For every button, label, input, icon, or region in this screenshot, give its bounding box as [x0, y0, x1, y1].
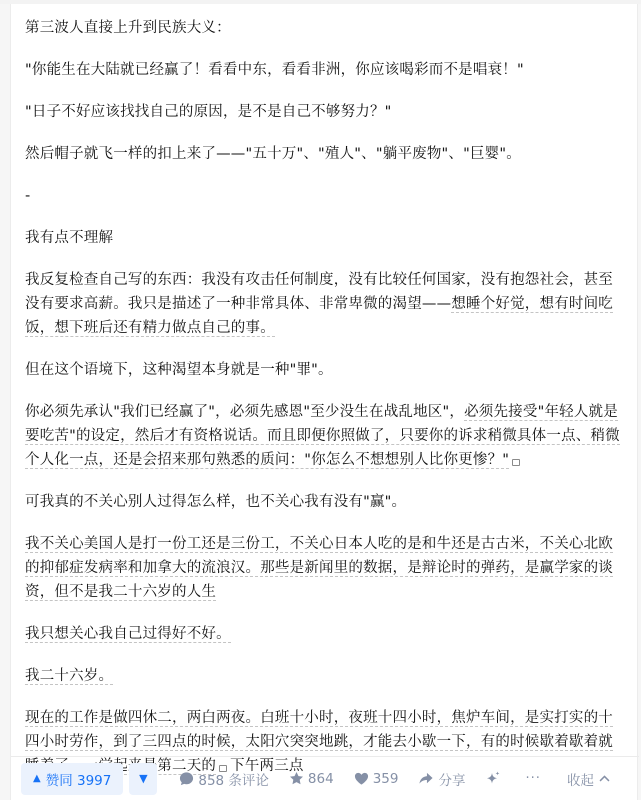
paragraph: 我二十六岁。 — [25, 664, 627, 688]
paragraph-text: 你必须先承认"我们已经赢了"，必须先感恩"至少没生在战乱地区"， — [25, 404, 464, 420]
downvote-button[interactable]: ▼ — [129, 763, 157, 795]
more-dots-icon: ··· — [525, 771, 540, 786]
share-arrow-icon — [418, 771, 434, 786]
likes-count: 359 — [373, 771, 399, 787]
favorites-count: 864 — [308, 771, 334, 787]
heart-icon — [354, 771, 369, 786]
comment-bubble-icon — [179, 771, 194, 786]
paragraph: 我有点不理解 — [25, 226, 627, 250]
paragraph: 第三波人直接上升到民族大义： — [25, 16, 627, 40]
paragraph: "你能生在大陆就已经赢了！看看中东，看看非洲，你应该喝彩而不是唱衰！" — [25, 58, 627, 82]
sparkle-icon — [485, 771, 501, 787]
answer-content: 第三波人直接上升到民族大义： "你能生在大陆就已经赢了！看看中东，看看非洲，你应… — [25, 16, 627, 796]
paragraph: 可我真的不关心别人过得怎么样，也不关心我有没有"赢"。 — [25, 490, 627, 514]
paragraph: "日子不好应该找找自己的原因，是不是自己不够努力？" — [25, 100, 627, 124]
paragraph: 你必须先承认"我们已经赢了"，必须先感恩"至少没生在战乱地区"，必须先接受"年轻… — [25, 400, 627, 472]
highlighted-text[interactable]: 我二十六岁。 — [25, 668, 113, 685]
collapse-button[interactable]: 收起 — [567, 769, 611, 789]
comments-label: 858 条评论 — [198, 769, 269, 789]
comments-button[interactable]: 858 条评论 — [179, 769, 269, 789]
paragraph: 我只想关心我自己过得好不好。 — [25, 622, 627, 646]
paragraph: 但在这个语境下，这种渴望本身就是一种"罪"。 — [25, 358, 627, 382]
triangle-down-icon: ▼ — [139, 772, 147, 785]
highlighted-text[interactable]: 我只想关心我自己过得好不好。 — [25, 626, 231, 643]
upvote-label: 赞同 3997 — [46, 769, 112, 789]
comment-note-icon[interactable] — [512, 459, 520, 466]
separator-dash: - — [25, 184, 627, 208]
triangle-up-icon: ▲ — [33, 773, 41, 784]
share-label: 分享 — [438, 769, 465, 789]
star-icon — [289, 771, 304, 786]
like-button[interactable]: 359 — [354, 771, 399, 787]
paragraph: 然后帽子就飞一样的扣上来了——"五十万"、"殖人"、"躺平废物"、"巨婴"。 — [25, 142, 627, 166]
upvote-button[interactable]: ▲ 赞同 3997 — [21, 763, 123, 795]
paragraph: 我反复检查自己写的东西：我没有攻击任何制度，没有比较任何国家，没有抱怨社会，甚至… — [25, 268, 627, 340]
share-button[interactable]: 分享 — [418, 769, 465, 789]
action-bar: ▲ 赞同 3997 ▼ 858 条评论 864 359 分享 ··· 收起 — [11, 756, 639, 800]
collapse-label: 收起 — [567, 769, 594, 789]
favorite-button[interactable]: 864 — [289, 771, 334, 787]
more-button[interactable]: ··· — [525, 771, 540, 786]
chevron-up-icon — [598, 772, 611, 785]
paragraph: 我不关心美国人是打一份工还是三份工，不关心日本人吃的是和牛还是古古米，不关心北欧… — [25, 532, 627, 604]
ai-sparkle-button[interactable] — [485, 771, 501, 787]
answer-card: 第三波人直接上升到民族大义： "你能生在大陆就已经赢了！看看中东，看看非洲，你应… — [10, 4, 638, 800]
highlighted-text[interactable]: 我不关心美国人是打一份工还是三份工，不关心日本人吃的是和牛还是古古米，不关心北欧… — [25, 536, 613, 601]
